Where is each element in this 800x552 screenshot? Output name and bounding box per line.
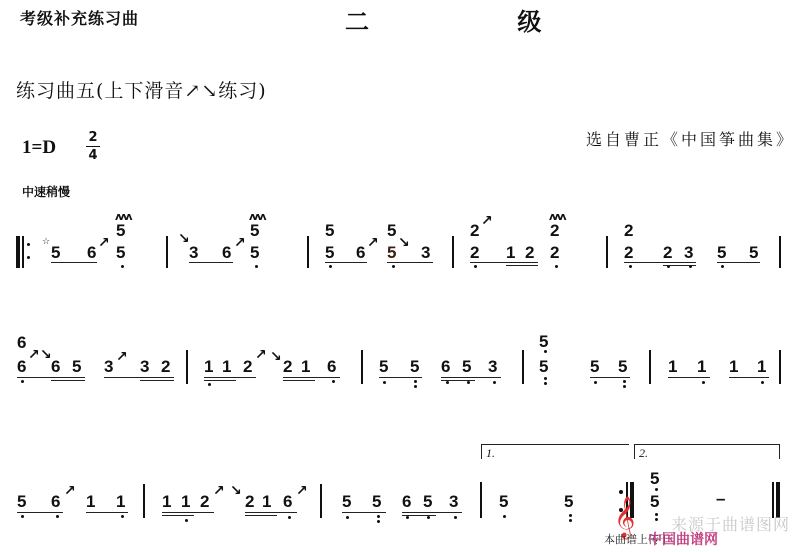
underline-beam-double <box>245 515 277 516</box>
low-octave-dot <box>702 381 705 384</box>
underline-beam <box>470 262 538 263</box>
low-octave-dot <box>56 515 59 518</box>
underline-beam <box>342 512 386 513</box>
underline-beam <box>204 377 256 378</box>
slide-down-icon: ↘ <box>178 232 190 246</box>
low-octave-dot <box>21 380 24 383</box>
second-ending-bracket: 2. <box>634 444 780 459</box>
underline-beam-double <box>51 380 85 381</box>
note: 1 <box>757 358 766 376</box>
slide-up-icon: ↗ <box>116 350 128 364</box>
note: 1 <box>204 358 213 376</box>
barline <box>361 350 363 384</box>
note: 2 <box>663 244 672 262</box>
slide-up-icon: ↗ <box>367 236 379 250</box>
note: 6 <box>17 334 26 352</box>
note: 6 <box>87 244 96 262</box>
note: 5 <box>590 358 599 376</box>
note: 2 <box>470 244 479 262</box>
underline-beam <box>402 512 462 513</box>
time-signature: 2 4 <box>86 130 100 163</box>
note: 1 <box>181 493 190 511</box>
note: 3 <box>488 358 497 376</box>
barline <box>522 350 524 384</box>
low-octave-dot <box>255 265 258 268</box>
slide-up-icon: ↗ <box>255 348 267 362</box>
low-octave-dot <box>332 380 335 383</box>
key-signature: 1=D <box>22 137 56 159</box>
low-octave-dot <box>21 515 24 518</box>
note: 5 <box>462 358 471 376</box>
note: 3 <box>189 244 198 262</box>
low-octave-dot <box>594 381 597 384</box>
note: 1 <box>697 358 706 376</box>
note: 2 <box>525 244 534 262</box>
barline <box>320 484 322 518</box>
barline <box>779 236 781 268</box>
note: 5 <box>325 244 334 262</box>
underline-beam <box>17 377 85 378</box>
low-octave-dot <box>544 350 547 353</box>
note: 5 <box>379 358 388 376</box>
slide-up-icon: ↗ <box>28 348 40 362</box>
note: 5 <box>387 244 396 262</box>
note: 2 <box>200 493 209 511</box>
note: 2 <box>283 358 292 376</box>
low-octave-dot <box>414 385 417 388</box>
time-sig-bar <box>86 146 100 147</box>
note: 6 <box>222 244 231 262</box>
barline <box>779 350 781 384</box>
low-octave-dot <box>427 516 430 519</box>
time-sig-denominator: 4 <box>86 148 100 163</box>
note: 6 <box>17 358 26 376</box>
underline-beam <box>590 377 630 378</box>
note: 5 <box>499 493 508 511</box>
note: 5 <box>51 244 60 262</box>
low-octave-dot <box>208 383 211 386</box>
note: 3 <box>684 244 693 262</box>
underline-beam <box>387 262 433 263</box>
note: 2 <box>470 222 479 240</box>
note: 2 <box>624 244 633 262</box>
barline <box>480 482 482 518</box>
underline-beam <box>17 512 63 513</box>
underline-beam-double <box>506 265 538 266</box>
note: 5 <box>116 222 125 240</box>
note: 5 <box>564 493 573 511</box>
low-octave-dot <box>185 519 188 522</box>
underline-beam <box>104 377 174 378</box>
note: 5 <box>116 244 125 262</box>
piece-title: 练习曲五(上下滑音↗↘练习) <box>16 76 267 103</box>
underline-beam <box>51 262 97 263</box>
note: 2 <box>161 358 170 376</box>
low-octave-dot <box>467 381 470 384</box>
note: 6 <box>283 493 292 511</box>
note: 5 <box>650 470 659 488</box>
low-octave-dot <box>414 380 417 383</box>
underline-beam-double <box>204 380 236 381</box>
watermark-site-name: 中国曲谱网 <box>648 529 718 549</box>
grade-title: 二 级 <box>345 2 589 37</box>
underline-beam <box>379 377 422 378</box>
repeat-start-barline <box>16 236 20 268</box>
underline-beam <box>189 262 233 263</box>
underline-beam-double <box>283 380 315 381</box>
slide-down-icon: ↘ <box>40 348 52 362</box>
underline-beam-double <box>402 515 436 516</box>
underline-beam-double <box>140 380 174 381</box>
note: 1 <box>86 493 95 511</box>
note: 5 <box>423 493 432 511</box>
low-octave-dot <box>655 488 658 491</box>
underline-beam-double <box>441 380 475 381</box>
low-octave-dot <box>629 265 632 268</box>
slide-up-icon: ↗ <box>213 484 225 498</box>
barline <box>22 236 24 268</box>
note: 5 <box>72 358 81 376</box>
fingering-mark-icon: ☆ <box>42 235 50 249</box>
underline-beam <box>717 262 760 263</box>
low-octave-dot <box>544 377 547 380</box>
tempo-marking: 中速稍慢 <box>22 183 70 200</box>
barline <box>166 236 168 268</box>
second-ending-label: 2. <box>639 446 648 461</box>
source-credit: 选自曹正《中国筝曲集》 <box>586 127 795 150</box>
note: 1 <box>116 493 125 511</box>
first-ending-bracket: 1. <box>481 444 629 459</box>
low-octave-dot <box>623 385 626 388</box>
low-octave-dot <box>503 515 506 518</box>
note: 1 <box>729 358 738 376</box>
low-octave-dot <box>377 515 380 518</box>
note: 6 <box>327 358 336 376</box>
repeat-dot <box>27 243 30 246</box>
barline <box>143 484 145 518</box>
low-octave-dot <box>555 265 558 268</box>
note: 2 <box>550 244 559 262</box>
underline-beam <box>624 262 696 263</box>
low-octave-dot <box>454 516 457 519</box>
low-octave-dot <box>721 265 724 268</box>
low-octave-dot <box>474 265 477 268</box>
low-octave-dot <box>761 381 764 384</box>
repeat-dot <box>27 256 30 259</box>
note: 3 <box>104 358 113 376</box>
note: 5 <box>17 493 26 511</box>
barline <box>186 350 188 384</box>
note: 6 <box>441 358 450 376</box>
slide-up-icon: ↗ <box>481 214 493 228</box>
note: 1 <box>162 493 171 511</box>
low-octave-dot <box>406 516 409 519</box>
low-octave-dot <box>446 381 449 384</box>
low-octave-dot <box>377 520 380 523</box>
underline-beam <box>245 512 297 513</box>
note: 5 <box>650 493 659 511</box>
note: 1 <box>262 493 271 511</box>
underline-beam <box>325 262 367 263</box>
note: 2 <box>243 358 252 376</box>
barline <box>307 236 309 268</box>
underline-beam <box>283 377 340 378</box>
low-octave-dot <box>288 516 291 519</box>
note: 5 <box>387 222 396 240</box>
low-octave-dot <box>569 514 572 517</box>
time-sig-numerator: 2 <box>86 130 100 145</box>
note: 1 <box>668 358 677 376</box>
note: 1 <box>506 244 515 262</box>
low-octave-dot <box>623 380 626 383</box>
note: 3 <box>449 493 458 511</box>
dash-sustain: – <box>716 490 725 508</box>
low-octave-dot <box>346 516 349 519</box>
slide-up-icon: ↗ <box>296 484 308 498</box>
underline-beam <box>86 512 128 513</box>
note: 5 <box>325 222 334 240</box>
note: 1 <box>301 358 310 376</box>
note: 6 <box>402 493 411 511</box>
note: 6 <box>51 493 60 511</box>
note: 3 <box>421 244 430 262</box>
note: 1 <box>222 358 231 376</box>
underline-beam <box>729 377 769 378</box>
low-octave-dot <box>383 381 386 384</box>
slide-up-icon: ↗ <box>234 236 246 250</box>
note: 5 <box>342 493 351 511</box>
underline-beam-double <box>162 515 194 516</box>
note: 2 <box>245 493 254 511</box>
underline-beam <box>668 377 710 378</box>
low-octave-dot <box>655 513 658 516</box>
barline <box>452 236 454 268</box>
slide-down-icon: ↘ <box>398 236 410 250</box>
note: 5 <box>749 244 758 262</box>
underline-beam <box>441 377 501 378</box>
low-octave-dot <box>493 381 496 384</box>
low-octave-dot <box>569 519 572 522</box>
barline <box>649 350 651 384</box>
slide-up-icon: ↗ <box>64 484 76 498</box>
low-octave-dot <box>544 382 547 385</box>
note: 5 <box>618 358 627 376</box>
note: 5 <box>717 244 726 262</box>
low-octave-dot <box>121 265 124 268</box>
slide-down-icon: ↘ <box>270 350 282 364</box>
note: 3 <box>140 358 149 376</box>
note: 5 <box>539 333 548 351</box>
note: 5 <box>372 493 381 511</box>
repeat-dot <box>619 490 623 494</box>
note: 5 <box>250 244 259 262</box>
first-ending-label: 1. <box>486 446 495 461</box>
underline-beam <box>162 512 214 513</box>
note: 5 <box>410 358 419 376</box>
note: 6 <box>356 244 365 262</box>
note: 2 <box>624 222 633 240</box>
low-octave-dot <box>121 515 124 518</box>
note: 6 <box>51 358 60 376</box>
note: 5 <box>539 358 548 376</box>
note: 5 <box>250 222 259 240</box>
low-octave-dot <box>329 265 332 268</box>
barline <box>606 236 608 268</box>
series-title: 考级补充练习曲 <box>20 6 139 29</box>
low-octave-dot <box>392 265 395 268</box>
slide-down-icon: ↘ <box>230 484 242 498</box>
low-octave-dot <box>655 518 658 521</box>
note: 2 <box>550 222 559 240</box>
slide-up-icon: ↗ <box>98 236 110 250</box>
underline-beam-double <box>663 265 696 266</box>
